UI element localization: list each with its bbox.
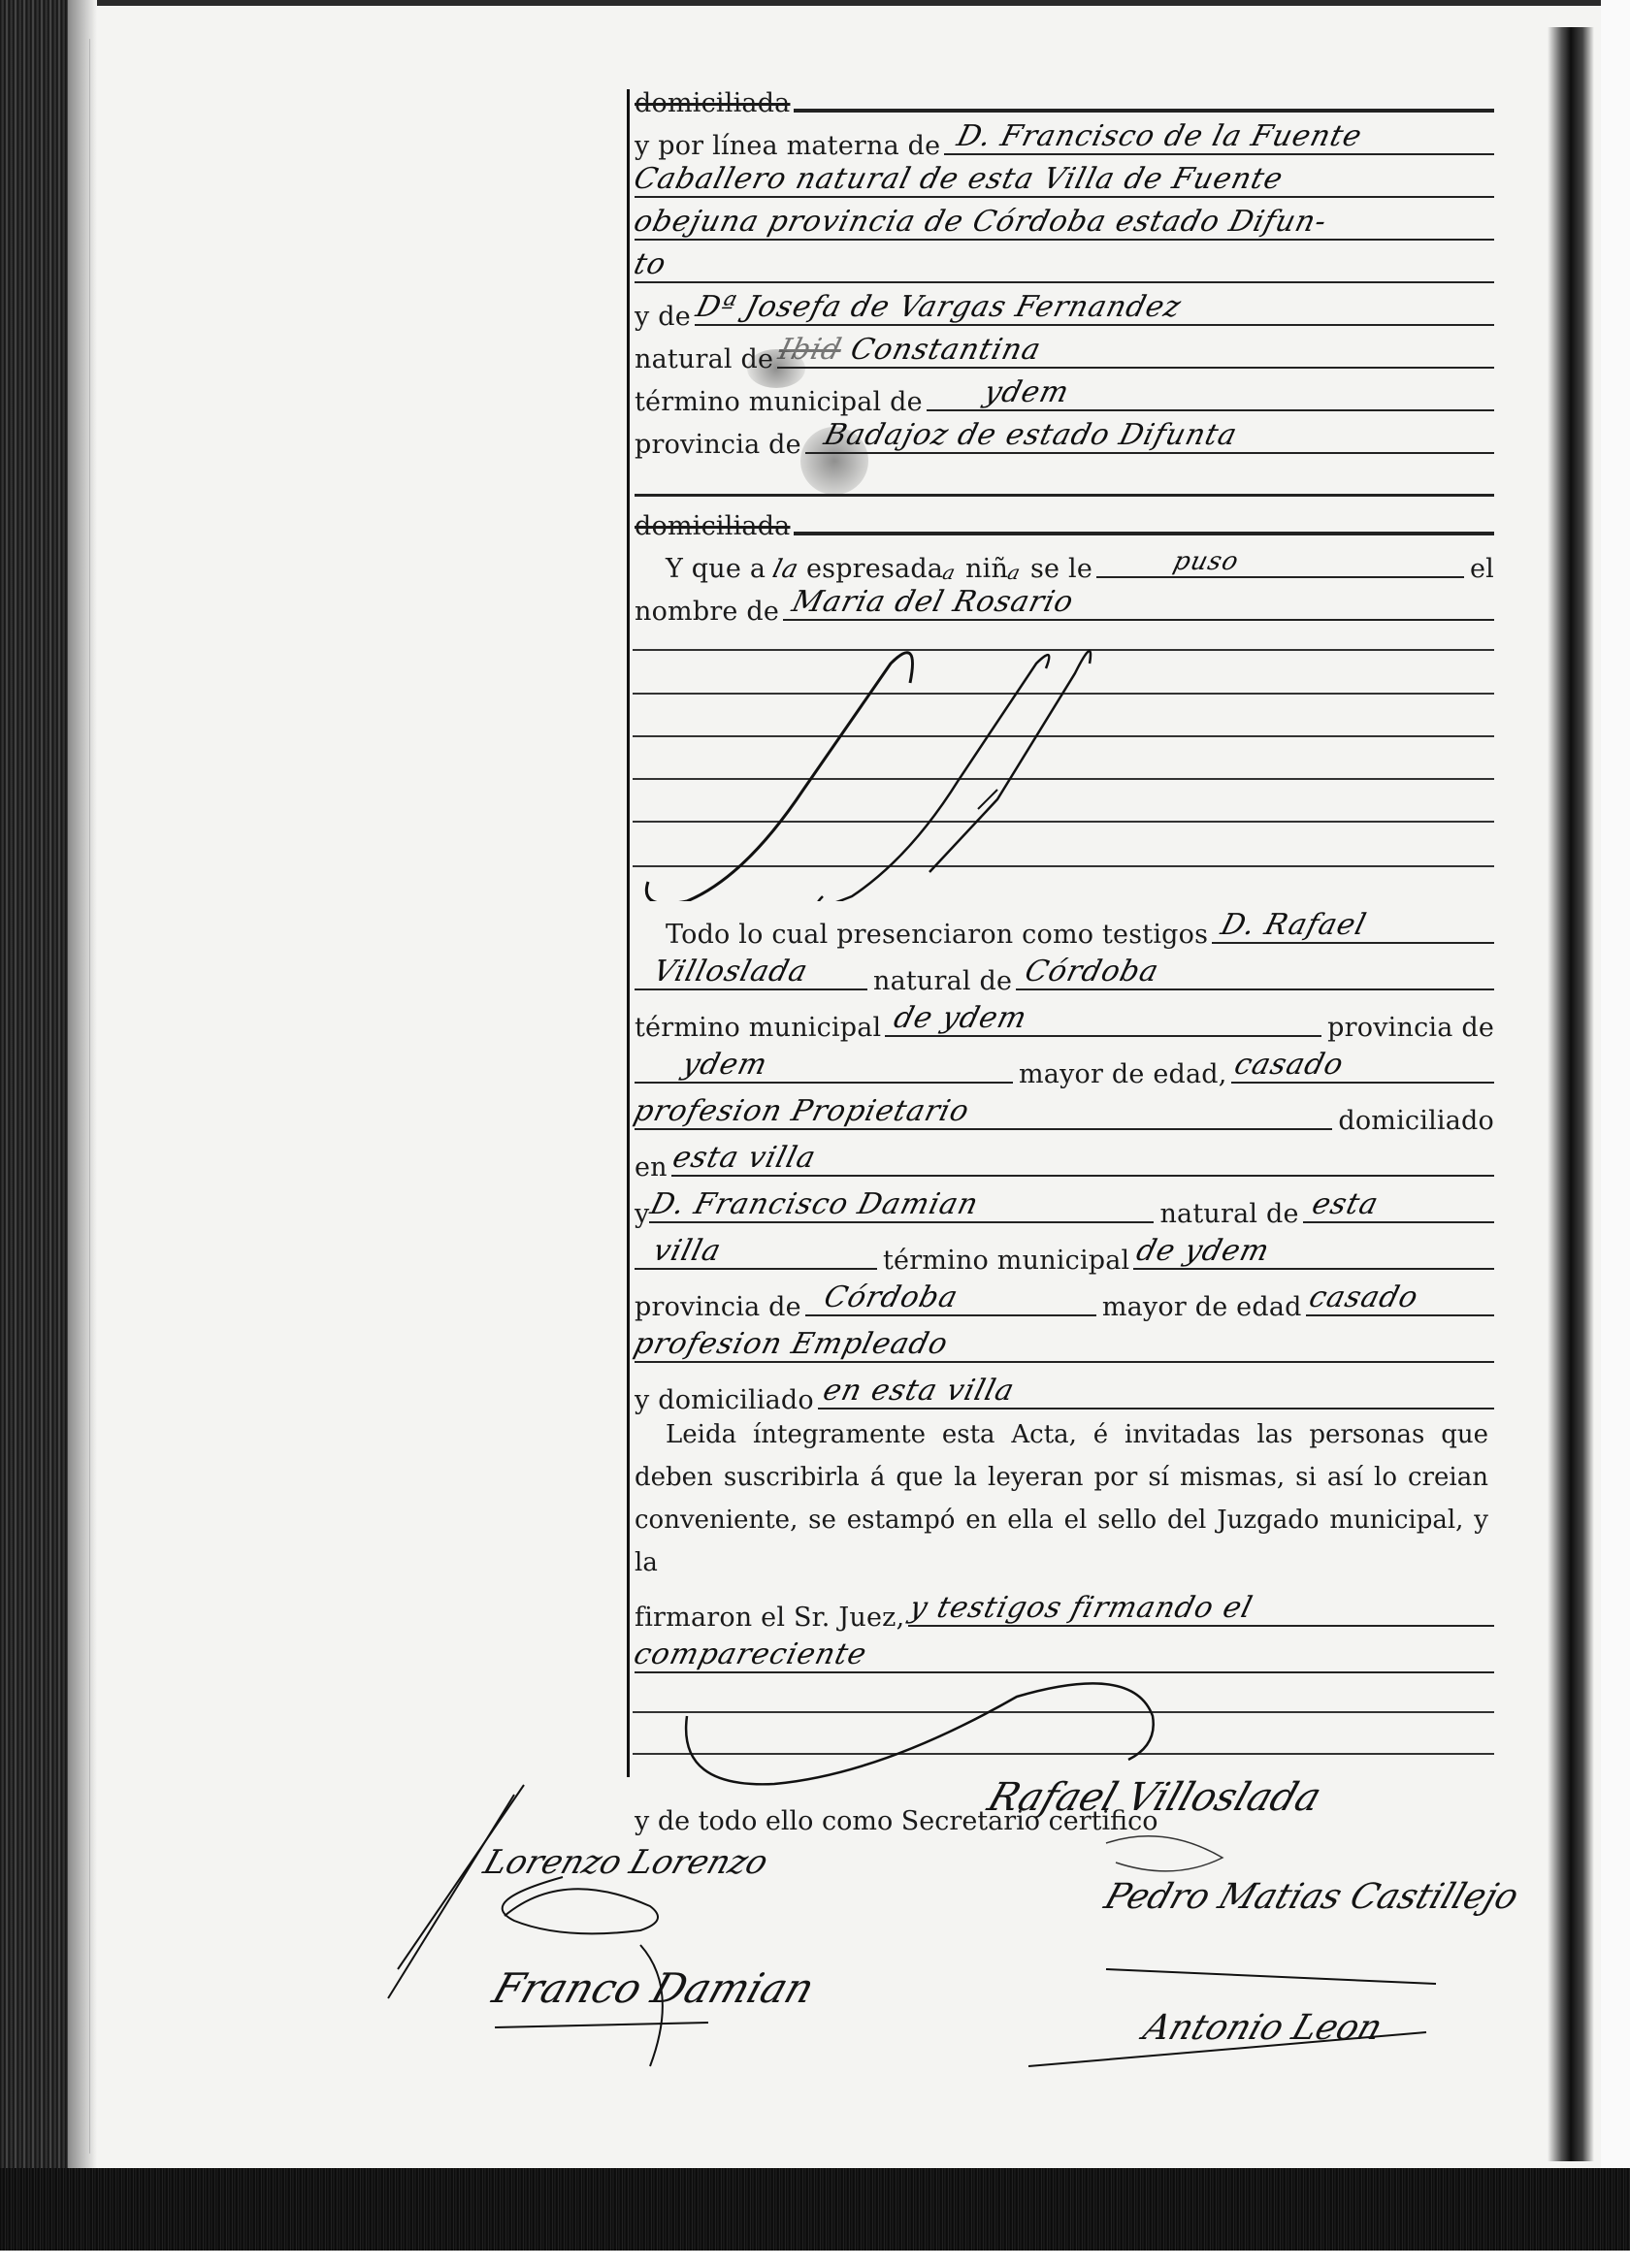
scan-top-edge [0, 0, 1630, 6]
row-testigo1-natural: Villoslada natural de Córdoba [629, 948, 1494, 994]
handwritten-abuela: Dª Josefa de Vargas Fernandez [693, 293, 1184, 322]
field-testigo2-natural-2: villa [635, 1235, 877, 1270]
row-linea-materna-3: obejuna provincia de Córdoba estado Difu… [629, 202, 1494, 244]
field-testigo2-termino: de ydem [1133, 1235, 1494, 1270]
row-abuela-materna: y de Dª Josefa de Vargas Fernandez [629, 287, 1494, 330]
handwritten-abuelo: D. Francisco de la Fuente [955, 122, 1366, 151]
handwritten-testigo1-estado: casado [1231, 1051, 1347, 1080]
birth-record-form: domiciliada y por línea materna de D. Fr… [629, 89, 1494, 1848]
handwritten-provincia: Badajoz de estado Difunta [821, 421, 1240, 450]
signatures-area: Rafael Villoslada Lorenzo Lorenzo Pedro … [369, 1775, 1455, 2095]
label-termino-t2: término municipal [877, 1247, 1129, 1274]
label-mayor-edad-t2: mayor de edad [1096, 1294, 1302, 1320]
handwritten-testigo2-domicilio: en esta villa [820, 1377, 1017, 1406]
row-testigo1-termino: término municipal de ydem provincia de [629, 994, 1494, 1041]
handwritten-testigo1-profesion: profesion Propietario [631, 1097, 972, 1126]
label-el: el [1464, 556, 1494, 582]
handwritten-testigo2-profesion: profesion Empleado [631, 1330, 951, 1359]
label-firmaron: firmaron el Sr. Juez, [629, 1604, 904, 1631]
row-testigo1-edad: ydem mayor de edad, casado [629, 1041, 1494, 1087]
row-testigo2-provincia: provincia de Córdoba mayor de edad casad… [629, 1274, 1494, 1320]
signature-franco-damian: Franco Damian [487, 1964, 820, 2012]
field-abuelo-materno-3: obejuna provincia de Córdoba estado Difu… [635, 206, 1494, 241]
row-linea-materna-2: Caballero natural de esta Villa de Fuent… [629, 159, 1494, 202]
row-provincia: provincia de Badajoz de estado Difunta [629, 415, 1494, 458]
field-testigo2-name: D. Francisco Damian [649, 1188, 1154, 1223]
row-termino-municipal: término municipal de ydem [629, 373, 1494, 415]
label-y-que-a: Y que a [629, 556, 766, 582]
handwritten-testigo2-natural: esta [1309, 1190, 1382, 1219]
field-firmaron-2: compareciente [635, 1638, 1494, 1673]
label-natural-de: natural de [629, 346, 773, 373]
label-linea-materna: y por línea materna de [629, 133, 940, 159]
field-testigo2-domicilio: en esta villa [818, 1375, 1494, 1409]
label-provincia: provincia de [629, 432, 801, 458]
signature-rafael-villoslada: Rafael Villoslada [983, 1775, 1327, 1820]
lectura-text: Leida íntegramente esta Acta, é invitada… [635, 1420, 1488, 1577]
signature-pedro-matias: Pedro Matias Castillejo [1099, 1877, 1523, 1917]
label-termino-t1: término municipal [629, 1015, 881, 1041]
row-testigos-intro: Todo lo cual presenciaron como testigos … [629, 901, 1494, 948]
label-provincia-t2: provincia de [629, 1294, 801, 1320]
handwritten-natural: Ibid Constantina [775, 336, 1044, 365]
row-testigo2-profesion: profesion Empleado [629, 1320, 1494, 1367]
signature-lorenzo: Lorenzo Lorenzo [479, 1843, 773, 1882]
row-testigo1-domicilio: en esta villa [629, 1134, 1494, 1181]
row-linea-materna-4: to [629, 244, 1494, 287]
handwritten-testigo2-estado: casado [1306, 1283, 1421, 1312]
field-testigo1-name: D. Rafael [1212, 909, 1494, 944]
label-domiciliada-bottom: domiciliada [629, 513, 790, 539]
handwritten-natural-value: Constantina [847, 333, 1045, 367]
handwritten-gender-a: a [941, 563, 964, 582]
page-fold-line [89, 39, 90, 2154]
cancelled-lines-flourish [629, 625, 1494, 901]
row-linea-materna: y por línea materna de D. Francisco de l… [629, 116, 1494, 159]
label-en-t1: en [629, 1154, 668, 1181]
label-se-le: se le [1027, 556, 1092, 582]
row-firmaron-2: compareciente [629, 1631, 1494, 1677]
row-nombre-2: nombre de Maria del Rosario [629, 582, 1494, 625]
field-testigo1-profesion: profesion Propietario [635, 1095, 1332, 1130]
handwritten-nombre: Maria del Rosario [789, 588, 1076, 617]
field-testigo1-surname: Villoslada [635, 956, 867, 990]
label-espresada: espresada [806, 556, 943, 582]
field-testigo1-domicilio: esta villa [671, 1142, 1494, 1177]
label-domiciliada: domiciliada [629, 90, 790, 116]
label-y-t2: y [629, 1201, 649, 1227]
handwritten-testigo1-domicilio: esta villa [669, 1144, 819, 1173]
handwritten-testigo1-natural: Córdoba [1022, 957, 1161, 987]
field-abuelo-materno-4: to [635, 248, 1494, 283]
struck-word: Ibid [775, 333, 846, 367]
field-abuelo-materno-2: Caballero natural de esta Villa de Fuent… [635, 163, 1494, 198]
handwritten-testigo2-provincia: Córdoba [821, 1283, 961, 1312]
label-nin: niñ [962, 556, 1008, 582]
signature-antonio-leon: Antonio Leon [1138, 2008, 1387, 2048]
field-testigo2-estado: casado [1306, 1281, 1494, 1316]
pen-flourish-icon [629, 625, 1494, 901]
handwritten-testigo1-surname: Villoslada [650, 957, 810, 987]
field-testigo1-natural: Córdoba [1016, 956, 1494, 990]
handwritten-testigo1-termino: de ydem [892, 1004, 1030, 1033]
handwritten-termino: ydem [981, 378, 1072, 407]
row-testigo2-domicilio: y domiciliado en esta villa [629, 1367, 1494, 1413]
label-termino-municipal: término municipal de [629, 389, 923, 415]
book-binding [0, 0, 68, 2268]
row-domiciliada-bottom: domiciliada [629, 501, 1494, 539]
field-testigo2-natural: esta [1303, 1188, 1494, 1223]
handwritten-testigo2-natural-2: villa [650, 1237, 724, 1266]
row-nombre-1: Y que a la espresada a niñ a se le puso … [629, 539, 1494, 582]
label-y-de: y de [629, 304, 691, 330]
field-testigo2-provincia: Córdoba [805, 1281, 1096, 1316]
binding-shadow [68, 0, 97, 2268]
field-testigo1-provincia: ydem [635, 1049, 1013, 1084]
row-blank [629, 458, 1494, 501]
field-testigo2-profesion: profesion Empleado [635, 1328, 1494, 1363]
field-provincia: Badajoz de estado Difunta [805, 419, 1494, 454]
handwritten-abuelo-2: Caballero natural de esta Villa de Fuent… [631, 165, 1286, 194]
field-testigo1-estado: casado [1231, 1049, 1494, 1084]
row-firmaron: firmaron el Sr. Juez, y testigos firmand… [629, 1584, 1494, 1631]
field-domiciliada-bottom [794, 512, 1494, 535]
handwritten-abuelo-3: obejuna provincia de Córdoba estado Difu… [631, 208, 1329, 237]
label-mayor-edad-t1: mayor de edad, [1013, 1061, 1227, 1087]
label-natural-de-t1: natural de [867, 968, 1012, 994]
handwritten-article: la [763, 557, 809, 582]
field-natural-de: Ibid Constantina [777, 334, 1494, 369]
handwritten-abuelo-4: to [631, 250, 669, 279]
label-provincia-t1: provincia de [1321, 1015, 1494, 1041]
field-blank [635, 461, 1494, 497]
field-abuelo-materno: D. Francisco de la Fuente [944, 120, 1494, 155]
right-gutter-shadow [1548, 27, 1594, 2161]
label-domiciliado-t2: y domiciliado [629, 1387, 814, 1413]
lectura-paragraph: Leida íntegramente esta Acta, é invitada… [629, 1413, 1488, 1584]
right-scan-margin [1601, 0, 1630, 2268]
handwritten-compareciente: compareciente [631, 1640, 869, 1669]
row-testigo1-profesion: profesion Propietario domiciliado [629, 1087, 1494, 1134]
label-nombre-de: nombre de [629, 599, 779, 625]
label-natural-de-t2: natural de [1154, 1201, 1298, 1227]
field-termino-municipal: ydem [927, 376, 1494, 411]
scan-bottom-margin [0, 2251, 1630, 2268]
handwritten-testigo2-name: D. Francisco Damian [648, 1190, 982, 1219]
field-abuela-materna: Dª Josefa de Vargas Fernandez [695, 291, 1494, 326]
field-testigo1-termino: de ydem [885, 1002, 1321, 1037]
handwritten-testigo1-provincia: ydem [679, 1051, 770, 1080]
row-natural-de: natural de Ibid Constantina [629, 330, 1494, 373]
label-testigos-intro: Todo lo cual presenciaron como testigos [629, 922, 1208, 948]
row-testigo2-name: y D. Francisco Damian natural de esta [629, 1181, 1494, 1227]
handwritten-puso: puso [1171, 549, 1242, 574]
field-nombre: Maria del Rosario [783, 586, 1494, 621]
field-verbo: puso [1096, 543, 1464, 578]
handwritten-gender-b: a [1006, 563, 1029, 582]
handwritten-firmaron: y testigos firmando el [907, 1594, 1256, 1623]
field-domiciliada-top [794, 97, 1494, 113]
row-domiciliada-top: domiciliada [629, 89, 1494, 116]
field-firmaron: y testigos firmando el [908, 1592, 1494, 1627]
row-testigo2-termino: villa término municipal de ydem [629, 1227, 1494, 1274]
handwritten-testigo2-termino: de ydem [1134, 1237, 1273, 1266]
handwritten-testigo1-name: D. Rafael [1218, 911, 1369, 940]
label-domiciliado-t1: domiciliado [1332, 1108, 1494, 1134]
